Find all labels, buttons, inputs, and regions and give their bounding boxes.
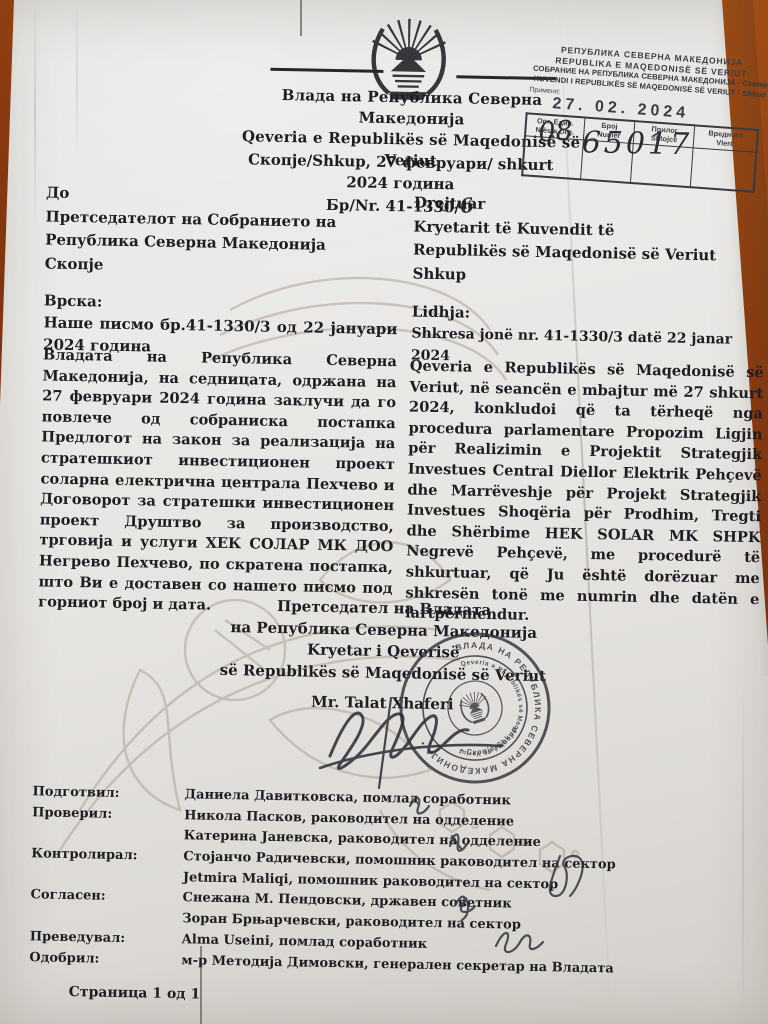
handwritten-org-unit: 08 bbox=[537, 115, 573, 148]
approval-table: Подготвил:Даниела Давитковска, помлад со… bbox=[29, 782, 732, 982]
received-stamp: РЕПУБЛИКА СЕВЕРНА МАКЕДОНИЈА REPUBLIKA E… bbox=[517, 42, 768, 194]
handwritten-number: 65017 bbox=[581, 125, 692, 162]
signature-title-block: Претседател на Владата на Република Севе… bbox=[203, 595, 565, 688]
signatory-name: Mr. Talat Xhaferi bbox=[202, 691, 562, 716]
page-number: Страница 1 од 1 bbox=[69, 984, 201, 1003]
body-paragraph-sq: Qeveria e Republikës së Maqedonisë së Ve… bbox=[405, 356, 764, 630]
recipient-block-sq: Drejtuar Kryetarit të Kuvendit të Republ… bbox=[412, 192, 717, 292]
recipient-block-mk: До Претседателот на Собранието на Републ… bbox=[44, 181, 337, 281]
body-paragraph-mk: Владата на Република Северна Македонија,… bbox=[38, 345, 397, 619]
photo-of-document: Влада на Република Северна Македонија Qe… bbox=[0, 0, 768, 1024]
